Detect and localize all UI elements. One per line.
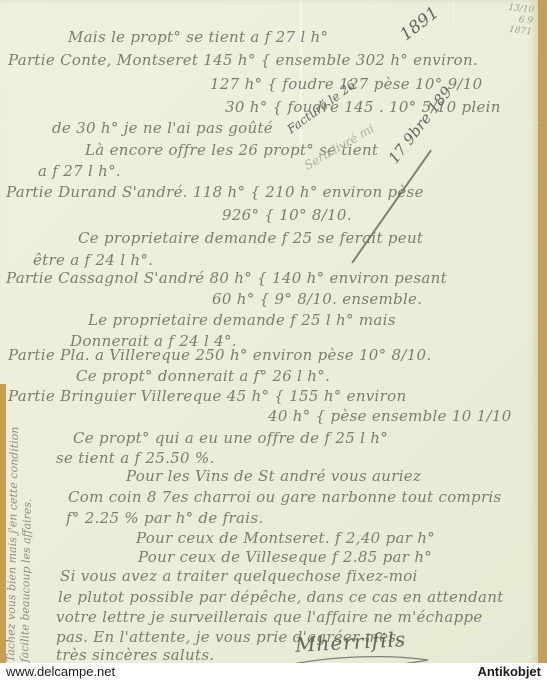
letter-line: votre lettre je surveillerais que l'affa… (56, 608, 483, 626)
letter-line: très sincères saluts. (56, 646, 214, 664)
letter-line: Le proprietaire demande f 25 l h° mais (88, 311, 396, 329)
letter-line: Si vous avez a traiter quelquechose fixe… (60, 567, 418, 585)
letter-line: Pour les Vins de St andré vous auriez (126, 467, 421, 485)
letter-line: Partie Cassagnol S'andré 80 h° { 140 h° … (6, 269, 447, 287)
document-photo: Mais le propt° se tient a f 27 l h°Parti… (0, 0, 547, 680)
corner-pencil-note: 13/10 6 9 1871 (505, 3, 534, 39)
watermark-delcampe: www.delcampe.net (6, 664, 115, 679)
letter-line: Pour ceux de Villeseque f 2.85 par h° (138, 548, 432, 566)
letter-line: Partie Conte, Montseret 145 h° { ensembl… (8, 51, 478, 69)
letter-line: se tient a f 25.50 %. (56, 449, 215, 467)
letter-line: f° 2.25 % par h° de frais. (66, 509, 263, 527)
letter-line: 40 h° { pèse ensemble 10 1/10 (268, 407, 512, 425)
margin-vertical-note: Tachez vous bien mais j'en cette conditi… (4, 372, 37, 662)
letter-line: Partie Bringuier Villereque 45 h° { 155 … (8, 387, 406, 405)
watermark-antikobjet: Antikobjet (477, 664, 541, 679)
letter-line: 926° { 10° 8/10. (222, 206, 352, 224)
letter-line: 30 h° { foudre 145 . 10° 5/10 plein (225, 98, 501, 116)
letter-line: 60 h° { 9° 8/10. ensemble. (212, 290, 422, 308)
letter-line: le plutot possible par dépêche, dans ce … (58, 588, 504, 606)
letter-line: être a f 24 l h°. (33, 251, 153, 269)
watermark-bar: www.delcampe.net Antikobjet (0, 663, 547, 680)
letter-line: Pour ceux de Montseret. f 2,40 par h° (136, 529, 435, 547)
letter-line: Partie Pla. a Villereque 250 h° environ … (8, 346, 431, 364)
letter-line: de 30 h° je ne l'ai pas goûté (52, 119, 273, 137)
letter-line: Mais le propt° se tient a f 27 l h° (68, 28, 328, 46)
letter-line: Ce propt° qui a eu une offre de f 25 l h… (73, 429, 388, 447)
letter-line: a f 27 l h°. (38, 162, 121, 180)
letter-line: Com coin 8 7es charroi ou gare narbonne … (68, 488, 502, 506)
letter-line: Partie Durand S'andré. 118 h° { 210 h° e… (6, 183, 424, 201)
letter-line: Ce propt° donnerait a f° 26 l h°. (76, 367, 330, 385)
